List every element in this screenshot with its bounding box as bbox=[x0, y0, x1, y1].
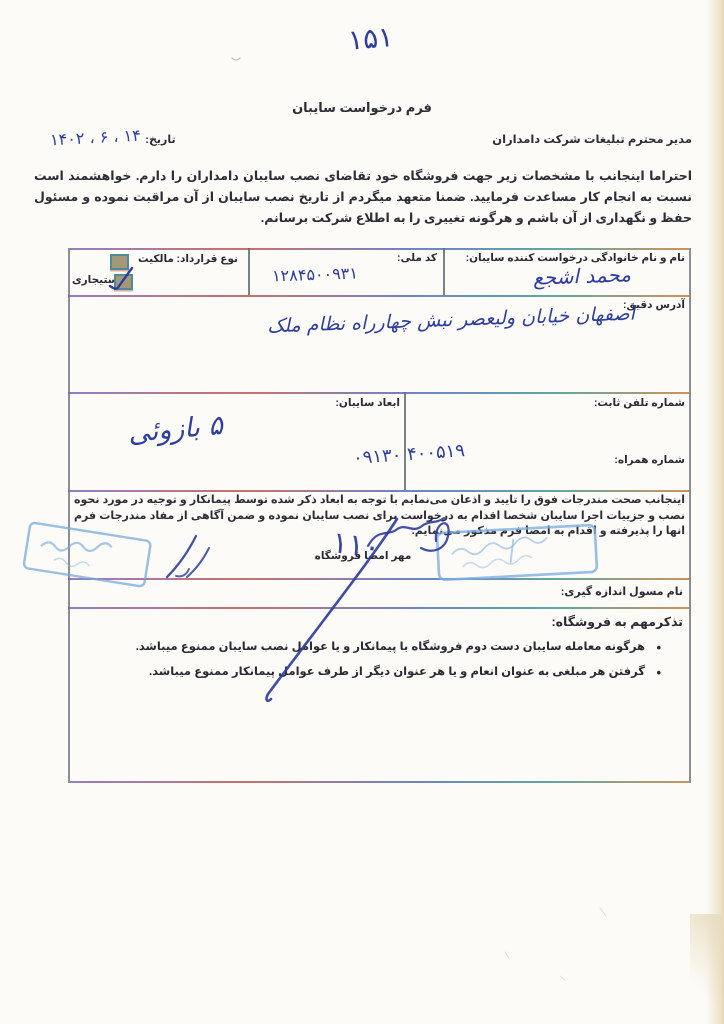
addressee-line: مدیر محترم تبلیغات شرکت دامداران bbox=[492, 132, 692, 146]
measurer-label: نام مسول اندازه گیری: bbox=[561, 585, 683, 598]
address-value: اصفهان خیابان ولیعصر نبش چهارراه نظام مل… bbox=[267, 303, 635, 338]
national-id-value: ۱۲۸۴۵۰۰۹۳۱ bbox=[272, 264, 359, 286]
handwritten-page-number: ۱۵۱ bbox=[347, 20, 395, 57]
scanned-form-page: ۱۵۱ فرم درخواست سایبان مدیر محترم تبلیغا… bbox=[0, 0, 724, 1024]
notice-title: تذکرمهم به فروشگاه: bbox=[551, 614, 683, 629]
check-mark-icon bbox=[104, 262, 144, 296]
row-phones-dimensions: شماره تلفن ثابت: شماره همراه: ۰۹۱۳۰ ۴۰۰۵… bbox=[68, 392, 691, 490]
mobile-label: شماره همراه: bbox=[614, 454, 685, 466]
paper-edge-shadow bbox=[706, 0, 724, 1024]
date-line: تاریخ: ۱۴۰۲ ، ۶ ، ۱۴ bbox=[46, 128, 176, 148]
intro-paragraph: احتراما اینجانب با مشخصات زیر جهت فروشگا… bbox=[34, 166, 692, 229]
cell-national-id: کد ملی: ۱۲۸۴۵۰۰۹۳۱ bbox=[250, 248, 445, 295]
row-notice: تذکرمهم به فروشگاه: هرگونه معامله سایبان… bbox=[68, 607, 691, 783]
paper-corner-shade bbox=[690, 914, 724, 1024]
row-address: آدرس دقیق: اصفهان خیابان ولیعصر نبش چهار… bbox=[68, 295, 691, 392]
notice-item: هرگونه معامله سایبان دست دوم فروشگاه با … bbox=[88, 639, 661, 656]
landline-label: شماره تلفن ثابت: bbox=[594, 397, 685, 409]
applicant-value: محمد اشجع bbox=[533, 262, 632, 289]
national-id-label: کد ملی: bbox=[397, 252, 437, 264]
row-measurer: نام مسول اندازه گیری: bbox=[68, 578, 691, 607]
date-label: تاریخ: bbox=[145, 134, 175, 146]
date-value: ۱۴۰۲ ، ۶ ، ۱۴ bbox=[50, 126, 142, 150]
form-title: فرم درخواست سایبان bbox=[0, 100, 724, 116]
row-applicant: نام و نام خانوادگی درخواست کننده سایبان:… bbox=[68, 248, 691, 295]
cell-dimensions: ابعاد سایبان: ۵ بازوئی bbox=[68, 392, 406, 490]
cell-applicant: نام و نام خانوادگی درخواست کننده سایبان:… bbox=[445, 248, 691, 295]
dimensions-value: ۵ بازوئی bbox=[127, 410, 224, 449]
dimensions-label: ابعاد سایبان: bbox=[335, 397, 400, 409]
cell-contract-type: نوع قرارداد: مالکیت استیجاری bbox=[68, 248, 250, 295]
request-form-table: نام و نام خانوادگی درخواست کننده سایبان:… bbox=[68, 248, 691, 783]
applicant-label: نام و نام خانوادگی درخواست کننده سایبان: bbox=[466, 252, 685, 264]
contract-type-label: نوع قرارداد: bbox=[176, 253, 238, 265]
notice-item: گرفتن هر مبلغی به عنوان انعام و یا هر عن… bbox=[88, 664, 661, 681]
notice-list: هرگونه معامله سایبان دست دوم فروشگاه با … bbox=[88, 639, 661, 689]
handwritten-signature-note: ۱۱۰ bbox=[330, 525, 382, 566]
